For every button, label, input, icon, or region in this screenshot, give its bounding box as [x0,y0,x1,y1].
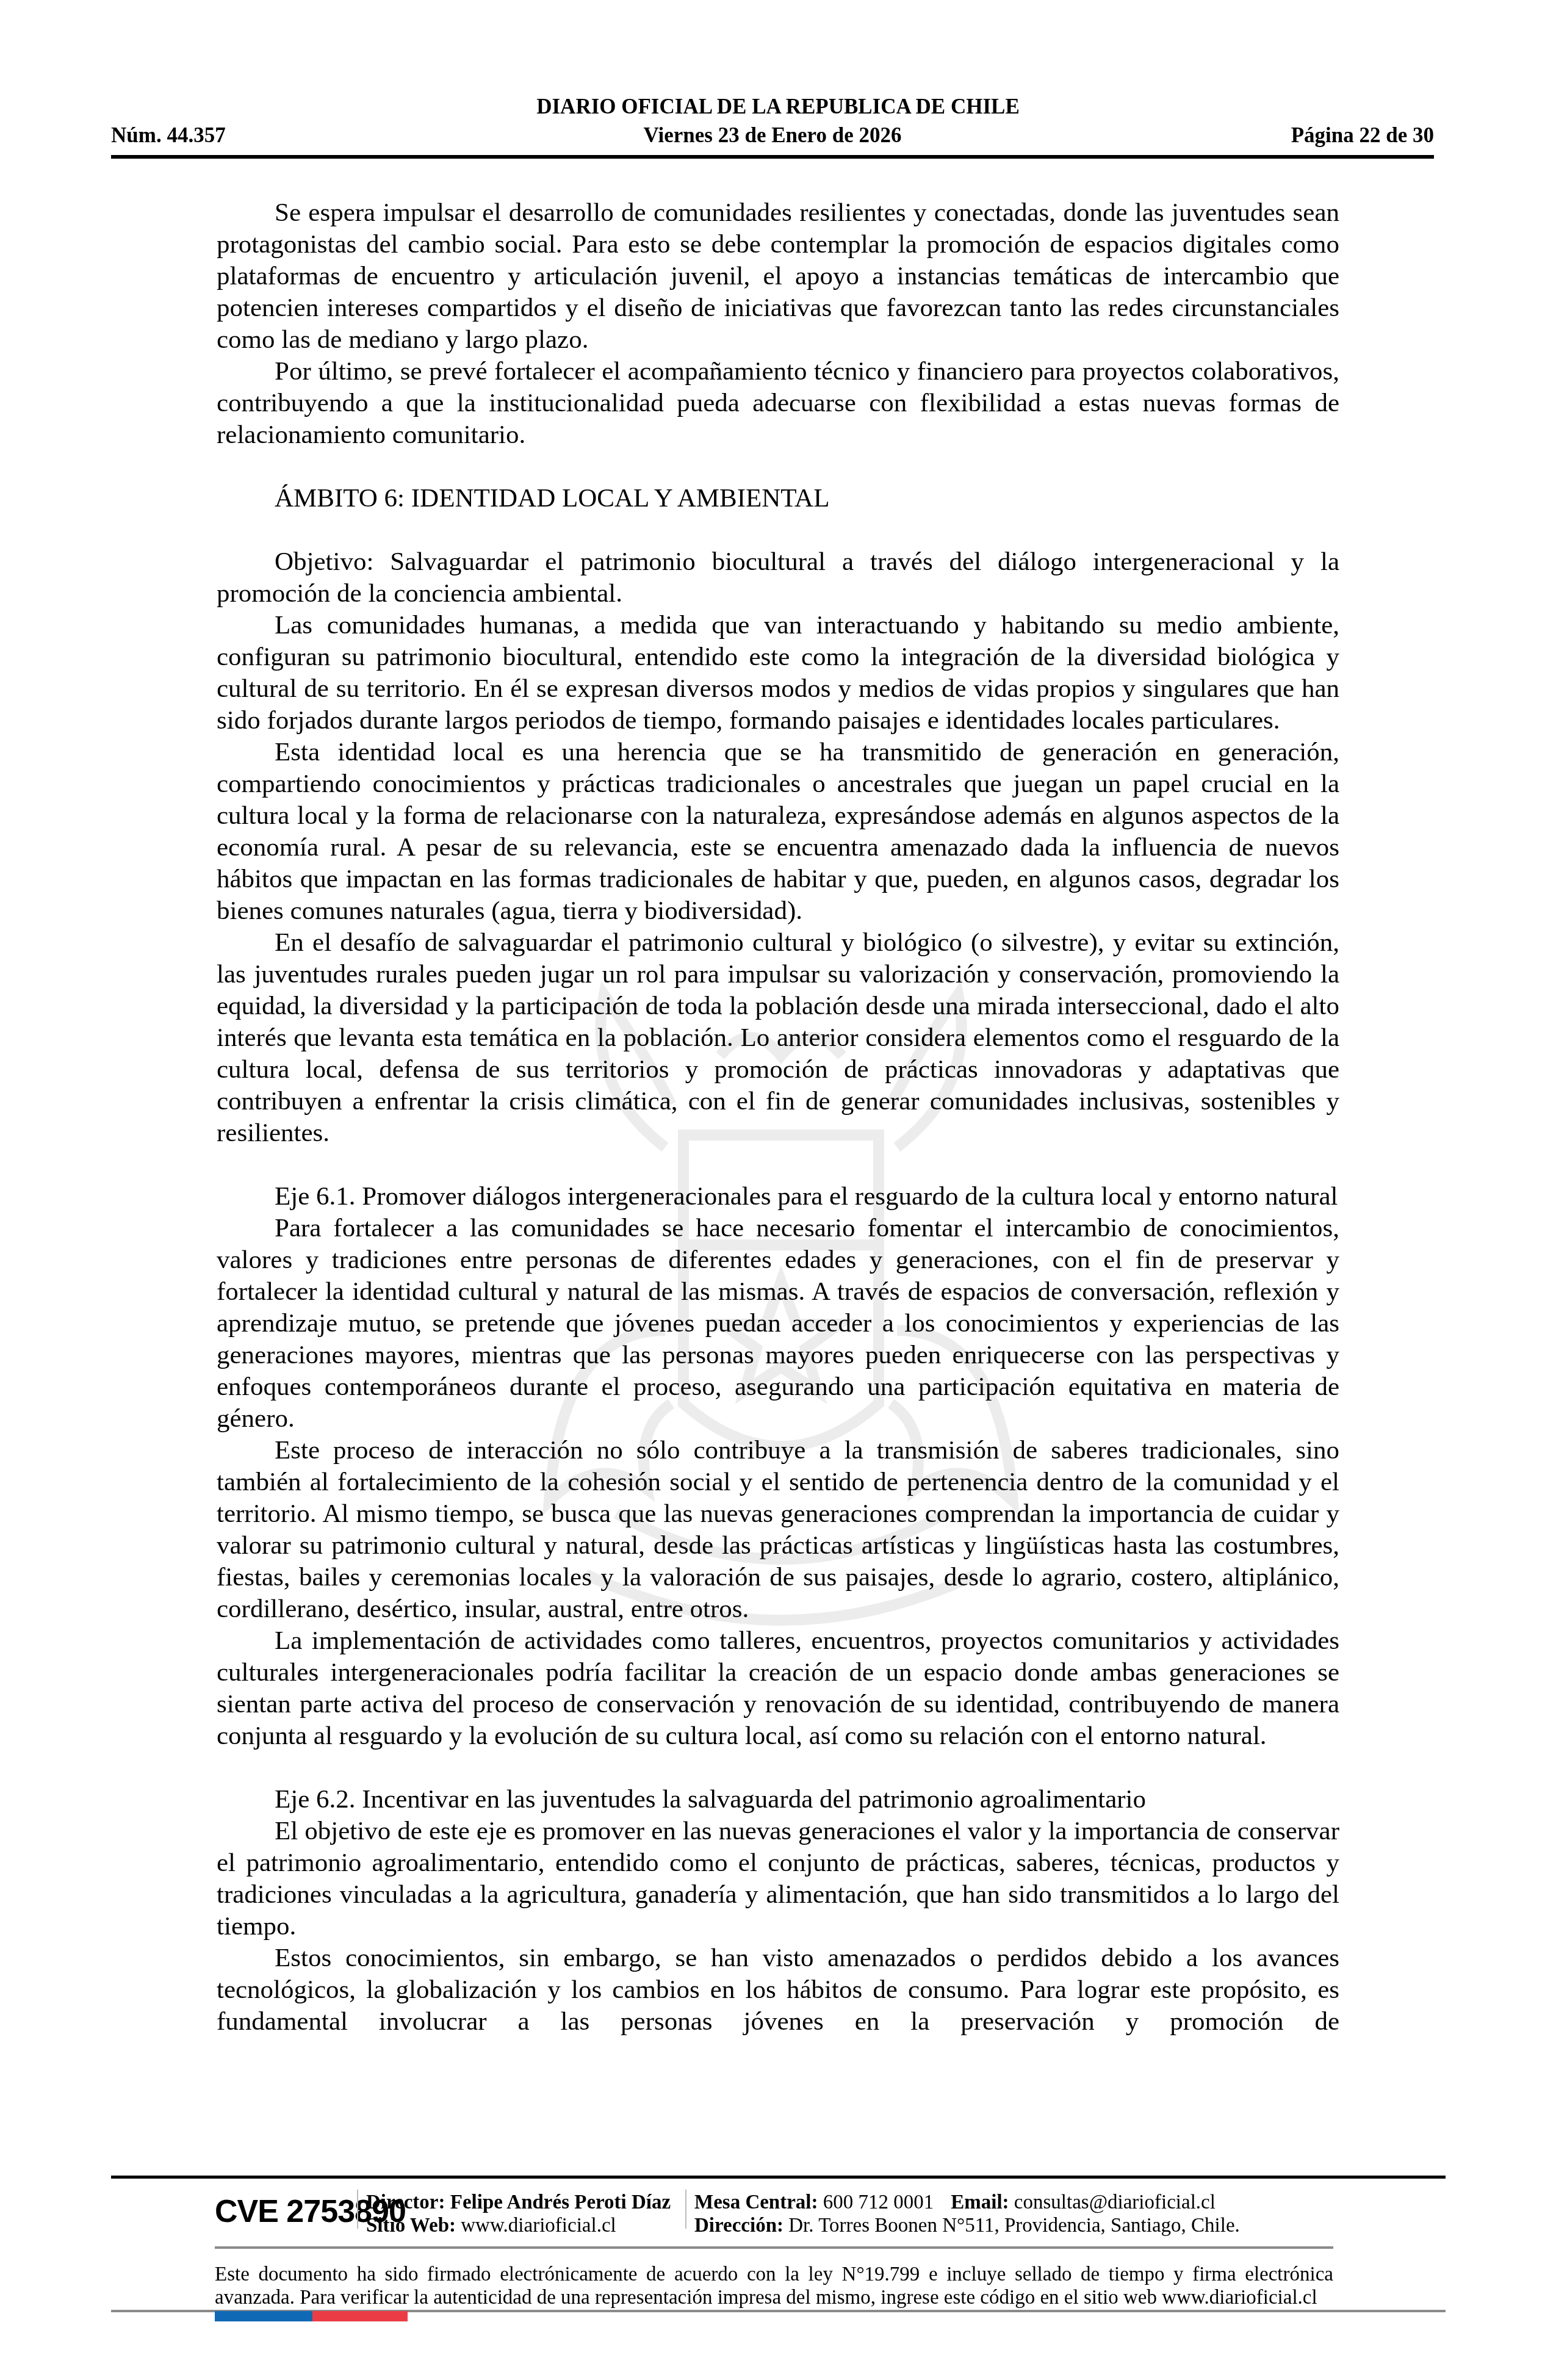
website-link[interactable]: www.diarioficial.cl [461,2215,616,2237]
email-label: Email: [951,2191,1009,2213]
page-indicator: Página 22 de 30 [1291,122,1434,149]
website-label: Sitio Web: [366,2215,456,2237]
issue-date: Viernes 23 de Enero de 2026 [111,122,1434,149]
legal-notice: Este documento ha sido firmado electróni… [215,2263,1333,2309]
spacer [217,1752,1339,1784]
objective-paragraph: Objetivo: Salvaguardar el patrimonio bio… [217,546,1339,610]
footer-separator [685,2190,686,2229]
section-heading: ÁMBITO 6: IDENTIDAD LOCAL Y AMBIENTAL [217,483,1339,514]
paragraph: Las comunidades humanas, a medida que va… [217,610,1339,737]
footer-divider-top [111,2176,1446,2179]
axis-heading-6-2: Eje 6.2. Incentivar en las juventudes la… [217,1784,1339,1816]
paragraph: Se espera impulsar el desarrollo de comu… [217,197,1339,356]
phone-number: 600 712 0001 [823,2191,934,2213]
publication-title: DIARIO OFICIAL DE LA REPUBLICA DE CHILE [0,95,1556,119]
paragraph: Estos conocimientos, sin embargo, se han… [217,1942,1339,2038]
paragraph: Para fortalecer a las comunidades se hac… [217,1213,1339,1435]
legal-line-2: avanzada. Para verificar la autenticidad… [215,2286,1333,2309]
email-link[interactable]: consultas@diarioficial.cl [1014,2191,1216,2213]
footer-director-block: Director: Felipe Andrés Peroti Díaz Siti… [366,2191,671,2237]
address-label: Dirección: [694,2215,783,2237]
paragraph: Este proceso de interacción no sólo cont… [217,1435,1339,1625]
paragraph: La implementación de actividades como ta… [217,1625,1339,1752]
paragraph: Por último, se prevé fortalecer el acomp… [217,356,1339,451]
header-row: Núm. 44.357 Viernes 23 de Enero de 2026 … [111,122,1434,149]
spacer [217,1149,1339,1181]
address-value: Dr. Torres Boonen N°511, Providencia, Sa… [788,2215,1240,2237]
flag-stripe-blue [215,2311,312,2321]
paragraph: En el desafío de salvaguardar el patrimo… [217,927,1339,1149]
spacer [217,451,1339,483]
header-divider [111,155,1434,159]
director-label: Director: [366,2191,445,2213]
footer-contact-block: Mesa Central: 600 712 0001Email: consult… [694,2191,1240,2237]
paragraph: El objetivo de este eje es promover en l… [217,1816,1339,1942]
footer-separator [357,2190,358,2229]
spacer [217,514,1339,546]
phone-label: Mesa Central: [694,2191,818,2213]
flag-stripe-red [312,2311,408,2321]
director-name: Felipe Andrés Peroti Díaz [450,2191,671,2213]
paragraph: Esta identidad local es una herencia que… [217,737,1339,927]
legal-line-1: Este documento ha sido firmado electróni… [215,2263,1333,2285]
axis-heading-6-1: Eje 6.1. Promover diálogos intergeneraci… [217,1181,1339,1213]
document-body: Se espera impulsar el desarrollo de comu… [217,197,1339,2038]
footer-divider-middle [215,2246,1333,2249]
